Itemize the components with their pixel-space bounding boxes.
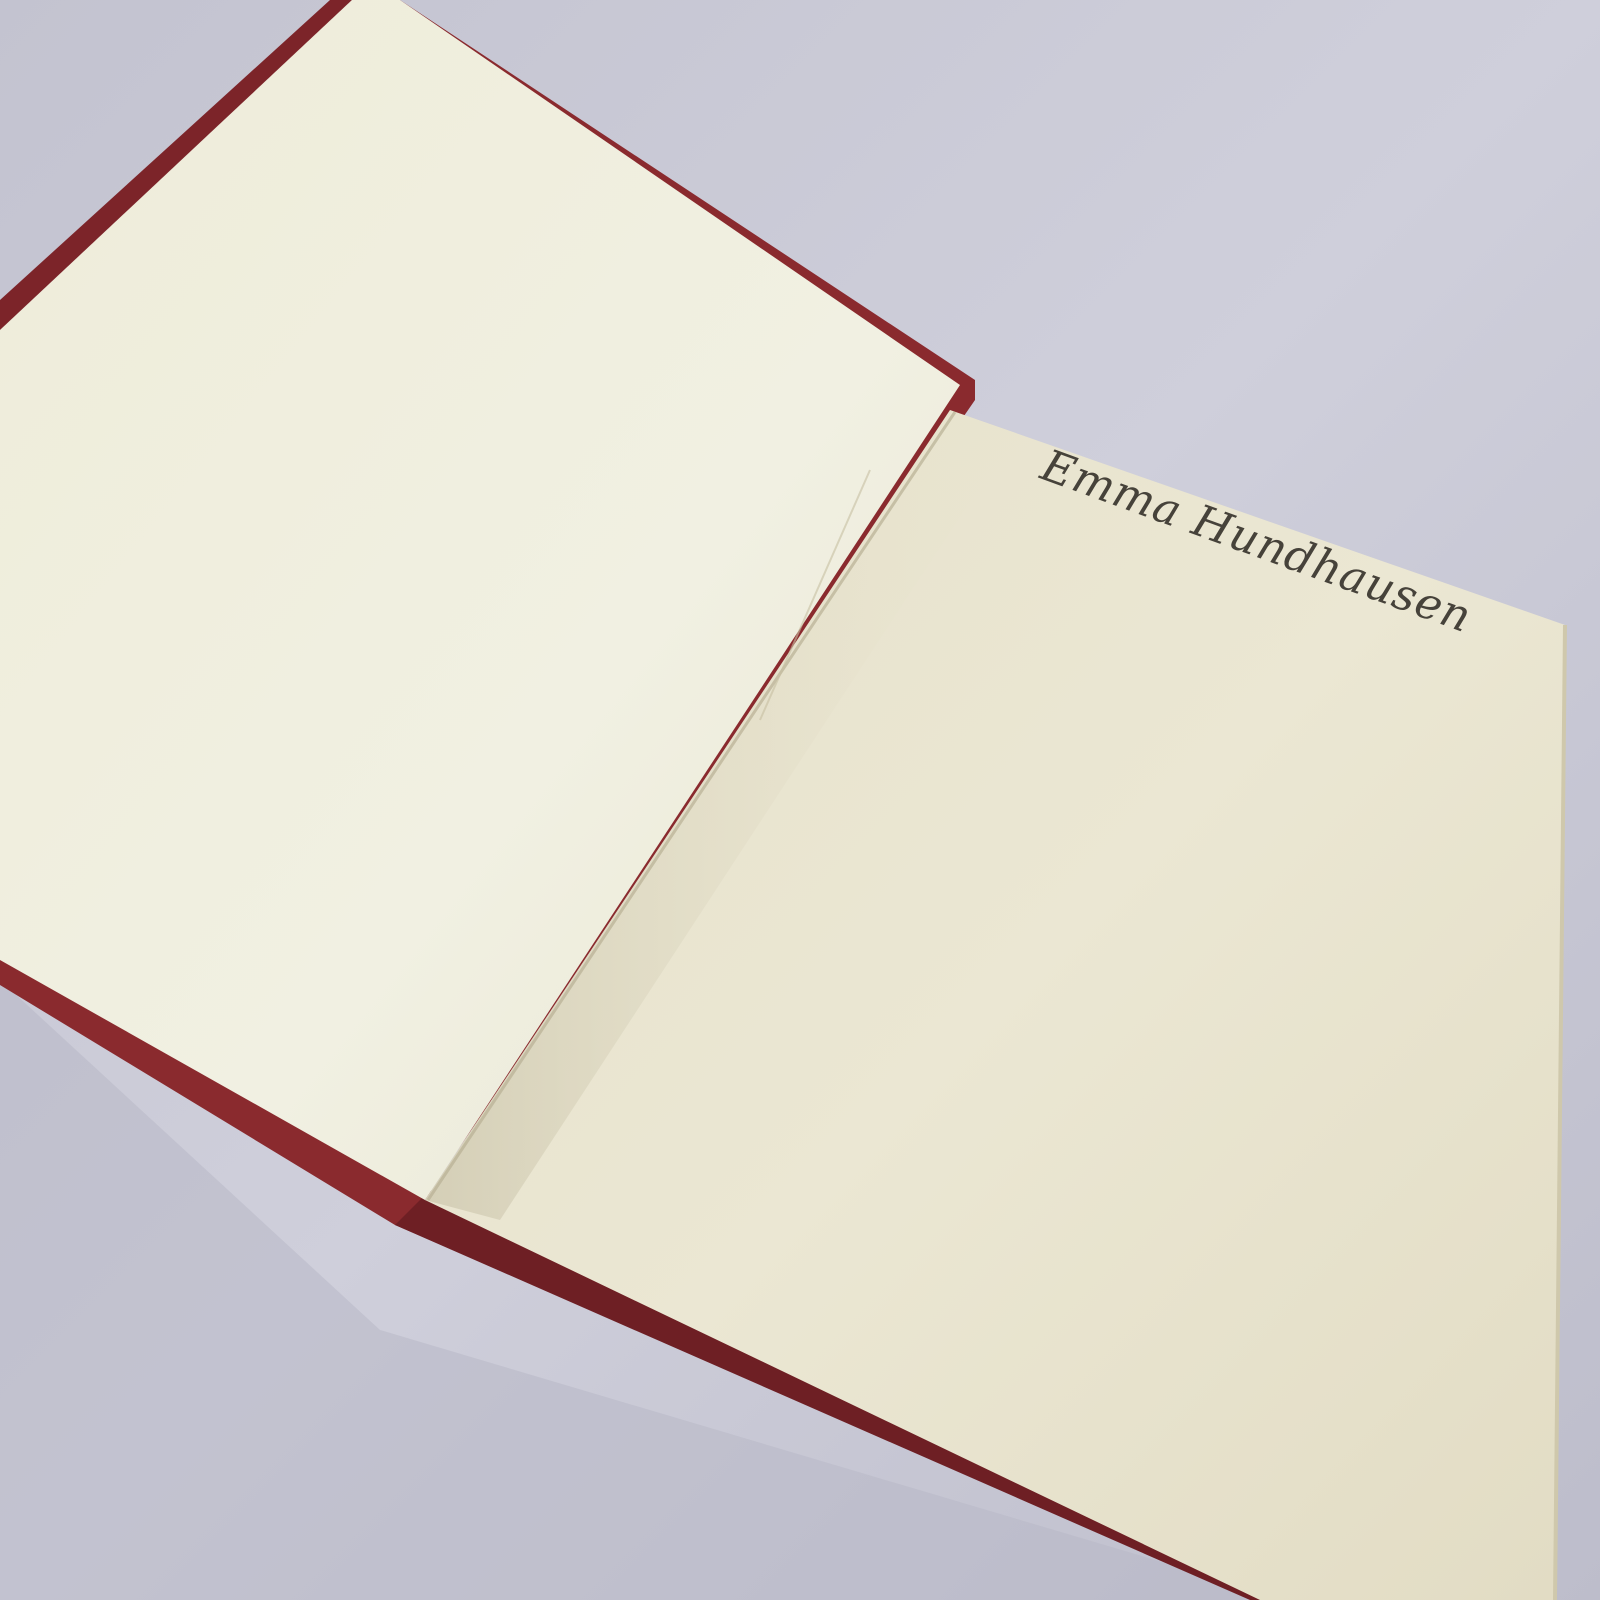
photo-scene: Emma Hundhausen bbox=[0, 0, 1600, 1600]
book-illustration bbox=[0, 0, 1600, 1600]
